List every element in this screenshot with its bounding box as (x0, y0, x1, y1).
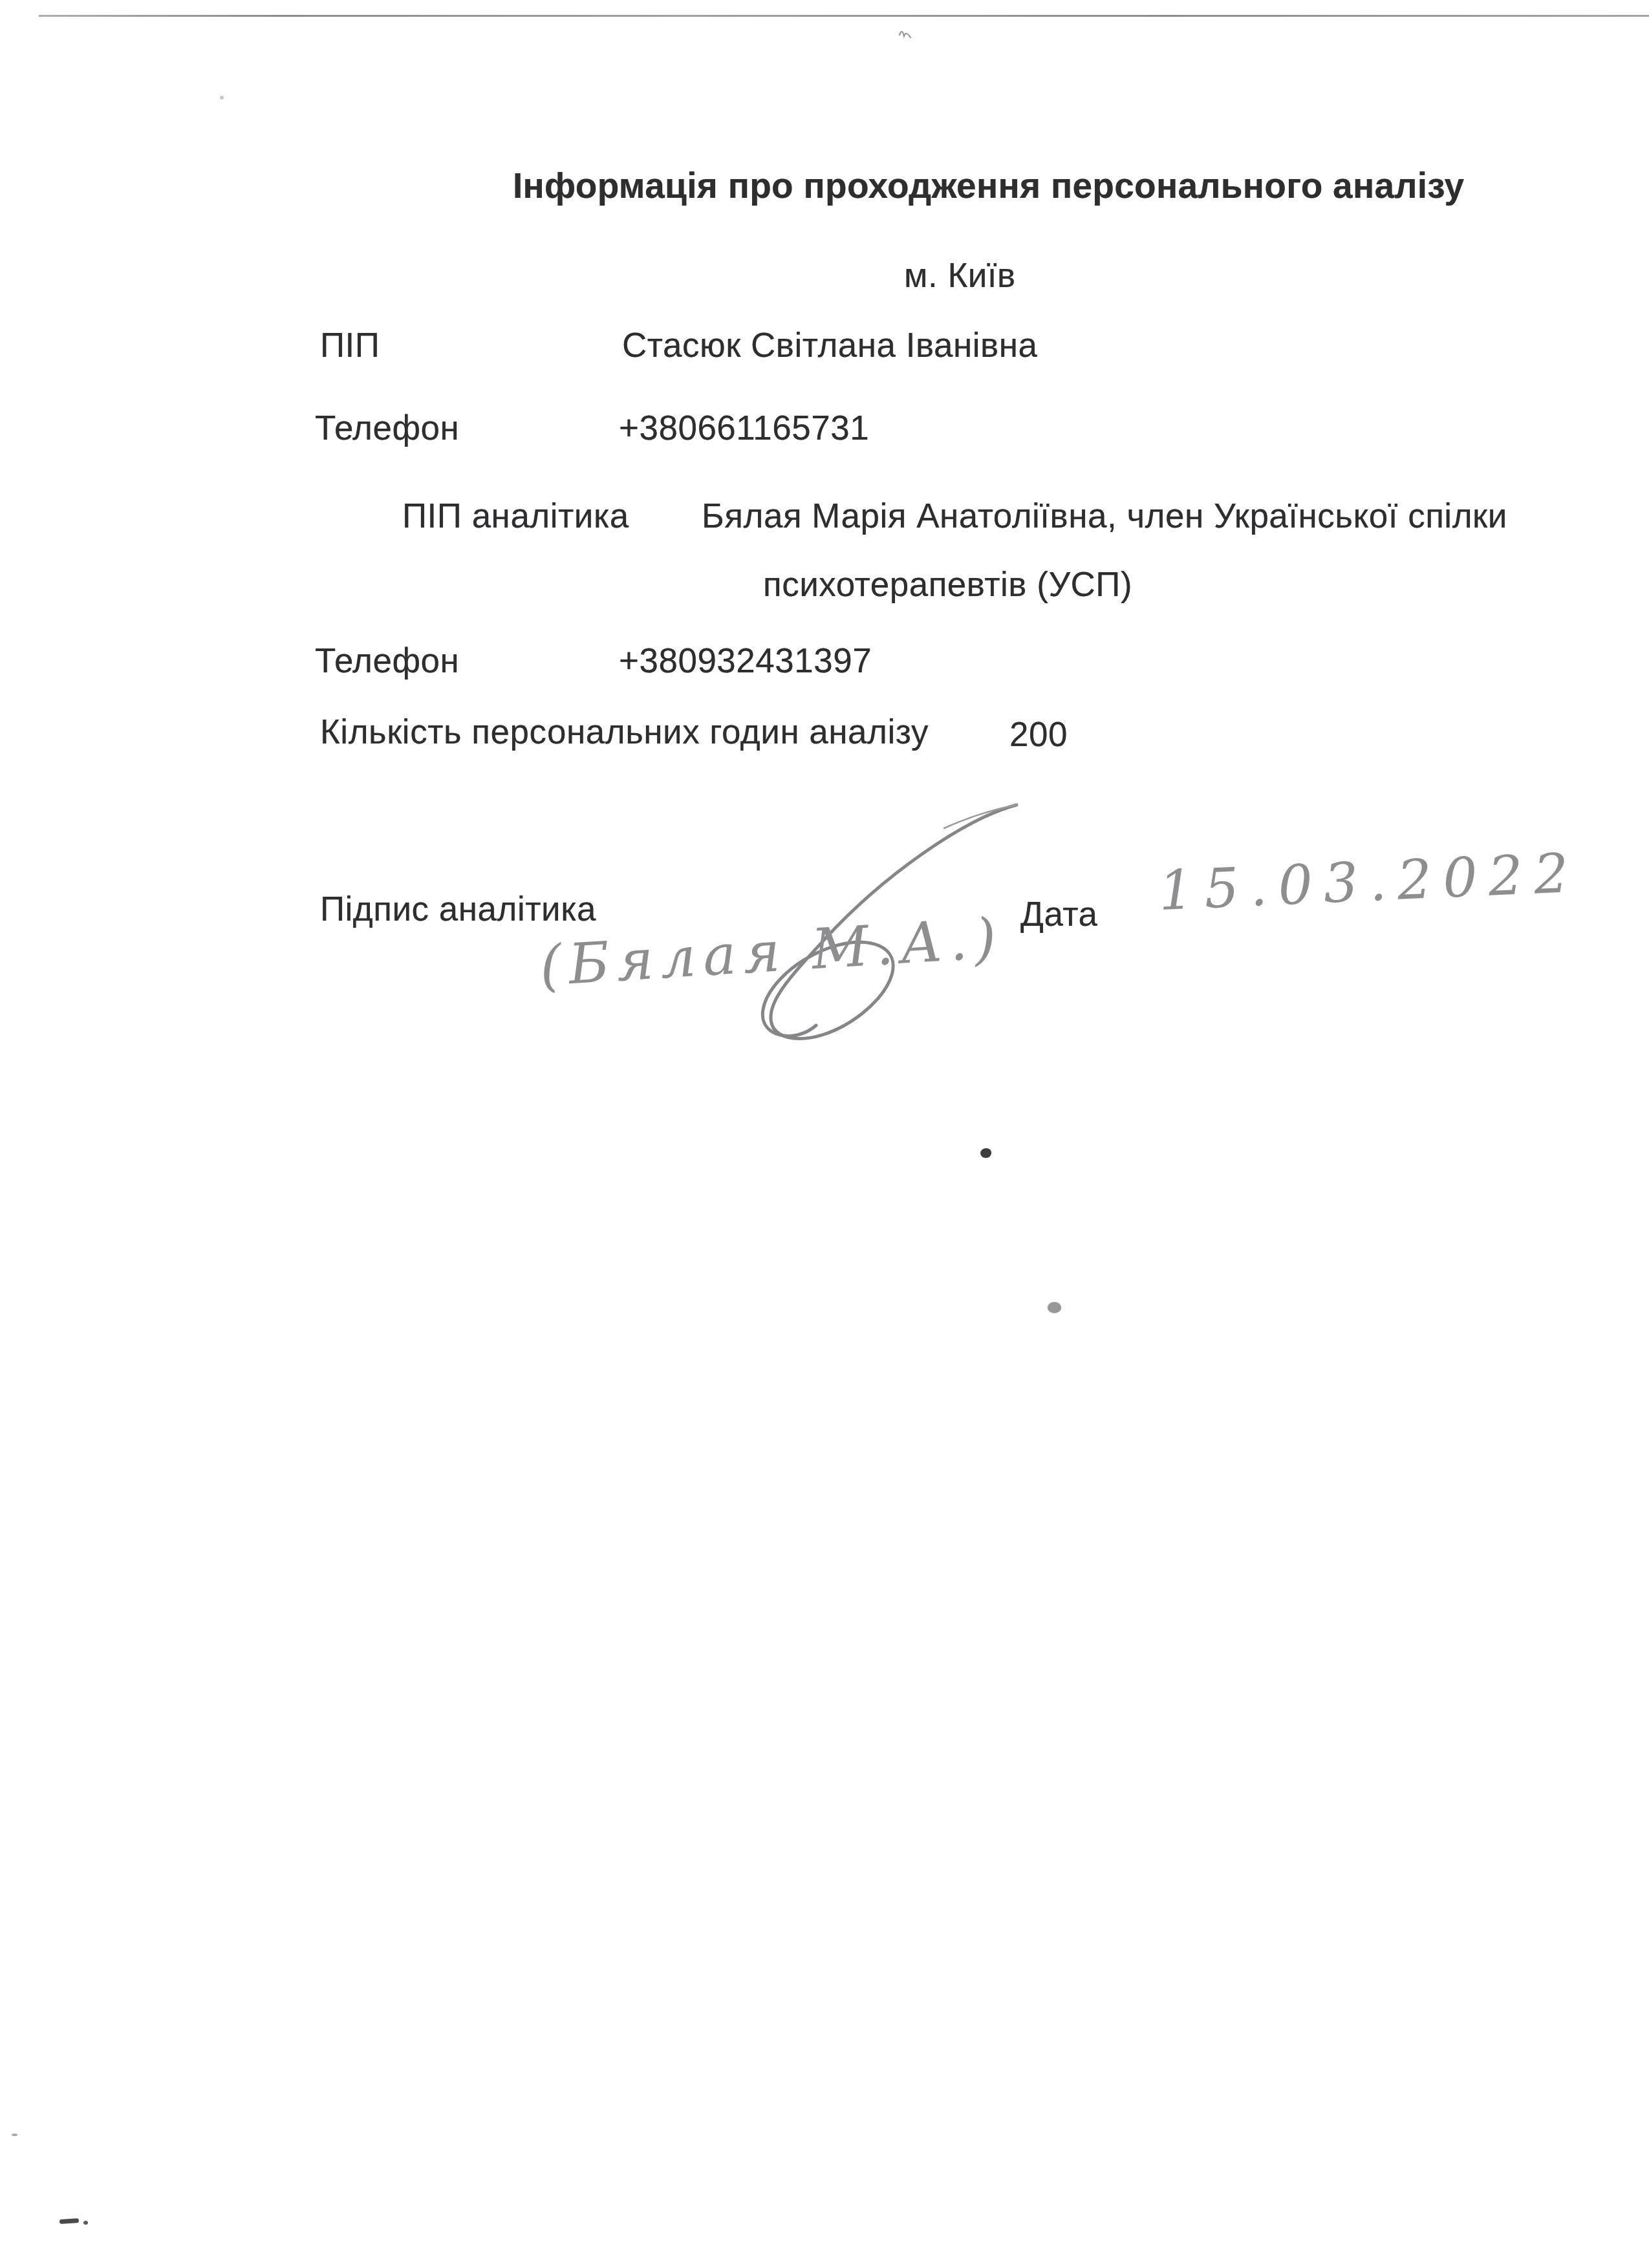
scan-artifact-dot (1048, 1302, 1061, 1313)
field-value-analyst-name-line2: психотерапевтів (УСП) (763, 568, 1132, 602)
field-value-client-name: Стасюк Світлана Іванівна (622, 328, 1038, 363)
field-label-analyst-phone: Телефон (315, 644, 459, 678)
scanned-document-page: Інформація про проходження персонального… (0, 0, 1649, 2268)
document-title: Інформація про проходження персонального… (513, 168, 1464, 204)
field-label-hours: Кількість персональних годин аналізу (320, 715, 929, 749)
scan-artifact-dot (980, 1148, 991, 1158)
date-handwritten-value: 15.03.2022 (1158, 846, 1580, 918)
field-label-pip: ПІП (320, 328, 380, 363)
field-value-hours: 200 (1009, 718, 1068, 752)
document-city: м. Київ (904, 259, 1016, 293)
date-label: Дата (1020, 897, 1097, 932)
field-label-analyst-name: ПІП аналітика (402, 499, 629, 533)
field-value-analyst-name-line1: Бялая Марія Анатоліївна, член Українсько… (702, 499, 1507, 533)
scan-artifact-dash (59, 2218, 79, 2224)
signature-label: Підпис аналітика (320, 892, 596, 926)
scan-artifact-dot (83, 2221, 88, 2225)
field-value-client-phone: +380661165731 (619, 411, 869, 445)
scan-artifact-speck (12, 2134, 17, 2136)
scan-artifact-squiggle (899, 27, 913, 40)
scan-artifact-top-line (39, 15, 1649, 17)
field-label-phone: Телефон (315, 411, 459, 445)
scan-artifact-speck (220, 96, 224, 100)
field-value-analyst-phone: +380932431397 (619, 644, 872, 678)
